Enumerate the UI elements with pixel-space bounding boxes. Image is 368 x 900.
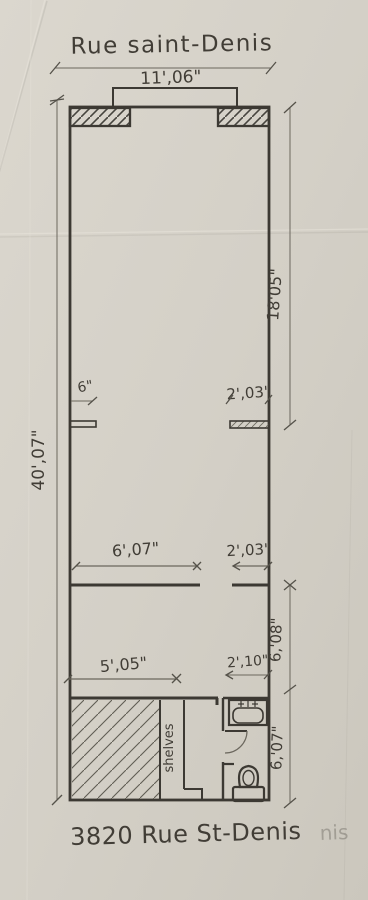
dim-front-section-label: 18'05" — [263, 268, 286, 322]
dim-bathroom-width-label: 2',10" — [226, 653, 268, 672]
dim-total-depth-label: 40',07" — [29, 429, 49, 490]
dim-frontage-label: 11',06" — [140, 67, 202, 89]
dim-partition-left-label: 6',07" — [111, 538, 160, 560]
floor-plan-photo: Rue saint-Denis 11',06" 40',07" 18'05" 6… — [0, 0, 368, 900]
storefront-window-right — [218, 108, 269, 126]
wall-ledge-right — [230, 421, 269, 428]
floor-plan-sketch: Rue saint-Denis 11',06" 40',07" 18'05" 6… — [0, 0, 368, 900]
storage-hatched-area — [72, 700, 160, 799]
dim-bathroom-width: 2',10" — [226, 653, 272, 679]
street-name-label: Rue saint-Denis — [70, 30, 273, 60]
dim-right-ledge: 2',03" — [226, 382, 272, 404]
dim-middle-section-label: 6,'08" — [266, 617, 286, 662]
dim-bathroom-depth-label: 6,'07" — [267, 725, 287, 770]
dim-partition-right: 2',03" — [226, 540, 272, 570]
storefront-window-left — [70, 108, 130, 126]
dim-left-ledge-label: 6" — [76, 378, 94, 396]
address-ghost-text: nis — [319, 820, 348, 845]
dim-right-ledge-label: 2',03" — [226, 382, 272, 403]
shelves-label: shelves — [162, 723, 177, 772]
dim-partition-right-label: 2',03" — [226, 540, 271, 560]
